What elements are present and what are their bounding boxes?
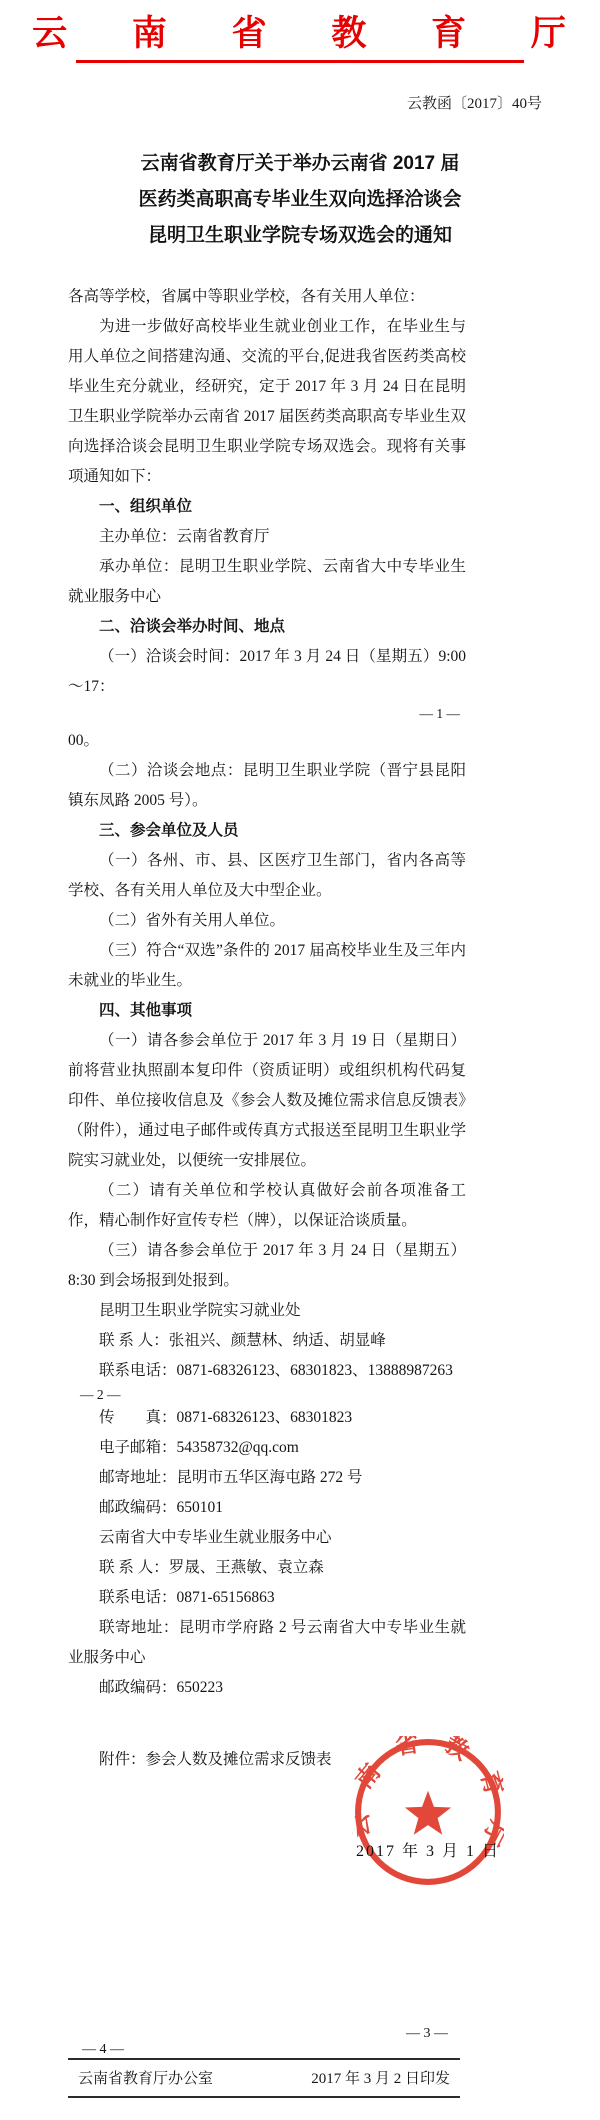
paragraph: 电子邮箱：54358732@qq.com [68,1433,466,1463]
footer-rule-bottom [68,2096,460,2098]
paragraph: （三）请各参会单位于 2017 年 3 月 24 日（星期五）8:30 到会场报… [68,1236,466,1296]
paragraph: （二）请有关单位和学校认真做好会前各项准备工作，精心制作好宣传专栏（牌），以保证… [68,1176,466,1236]
document-number: 云教函〔2017〕40号 [407,92,542,113]
paragraph: 传 真：0871-68326123、68301823 [68,1403,466,1433]
paragraph: （二）省外有关用人单位。 [68,906,466,936]
official-seal: 云南省教育厅 [352,1736,504,1888]
seal-star-icon [405,1791,451,1835]
document-title: 云南省教育厅关于举办云南省 2017 届 医药类高职高专毕业生双向选择洽谈会 昆… [68,146,532,254]
paragraph: 昆明卫生职业学院实习就业处 [68,1296,466,1326]
document-title-line-1: 云南省教育厅关于举办云南省 2017 届 [68,146,532,182]
paragraph: （一）各州、市、县、区医疗卫生部门，省内各高等学校、各有关用人单位及大中型企业。 [68,846,466,906]
paragraph: 00。 [68,726,466,756]
letterhead-red-rule [76,60,524,63]
letterhead-agency-name: 云 南 省 教 育 厅 [0,6,600,56]
paragraph: 邮寄地址：昆明市五华区海屯路 272 号 [68,1463,466,1493]
paragraph: 联系电话：0871-68326123、68301823、13888987263 [68,1356,466,1386]
body-paragraphs: 各高等学校，省属中等职业学校，各有关用人单位：为进一步做好高校毕业生就业创业工作… [68,282,466,1775]
paragraph: （一）请各参会单位于 2017 年 3 月 19 日（星期日）前将营业执照副本复… [68,1026,466,1176]
paragraph: 云南省大中专毕业生就业服务中心 [68,1523,466,1553]
document-title-line-3: 昆明卫生职业学院专场双选会的通知 [68,218,532,254]
paragraph: （二）洽谈会地点：昆明卫生职业学院（晋宁县昆阳镇东凤路 2005 号）。 [68,756,466,816]
paragraph: 三、参会单位及人员 [68,816,466,846]
paragraph: 联寄地址：昆明市学府路 2 号云南省大中专毕业生就业服务中心 [68,1613,466,1673]
official-document-page: 云 南 省 教 育 厅 云教函〔2017〕40号 云南省教育厅关于举办云南省 2… [0,0,600,2120]
paragraph: 四、其他事项 [68,996,466,1026]
paragraph: 邮政编码：650223 [68,1673,466,1703]
paragraph: 邮政编码：650101 [68,1493,466,1523]
paragraph: 承办单位：昆明卫生职业学院、云南省大中专毕业生就业服务中心 [68,552,466,612]
footer-issuer: 云南省教育厅办公室 [78,2064,213,2094]
page-marker-4: — 4 — [82,2042,124,2058]
paragraph: 联 系 人：张祖兴、颜慧林、纳适、胡显峰 [68,1326,466,1356]
paragraph: 一、组织单位 [68,492,466,522]
signature-date: 2017 年 3 月 1 日 [356,1838,500,1861]
page-marker-3: — 3 — [68,2026,448,2042]
paragraph: 二、洽谈会举办时间、地点 [68,612,466,642]
paragraph: 主办单位：云南省教育厅 [68,522,466,552]
paragraph: 联系电话：0871-65156863 [68,1583,466,1613]
paragraph: 联 系 人：罗晟、王燕敏、袁立森 [68,1553,466,1583]
page-marker: — 2 — [80,1386,466,1403]
page-marker: — 1 — [68,702,466,726]
paragraph: 各高等学校，省属中等职业学校，各有关用人单位： [68,282,466,312]
paragraph: （一）洽谈会时间：2017 年 3 月 24 日（星期五）9:00～17： [68,642,466,702]
paragraph: 为进一步做好高校毕业生就业创业工作，在毕业生与用人单位之间搭建沟通、交流的平台,… [68,312,466,492]
paragraph: （三）符合“双选”条件的 2017 届高校毕业生及三年内未就业的毕业生。 [68,936,466,996]
footer-rule-top [68,2058,460,2060]
footer-print-date: 2017 年 3 月 2 日印发 [311,2064,450,2094]
document-title-line-2: 医药类高职高专毕业生双向选择洽谈会 [68,182,532,218]
footer-row: 云南省教育厅办公室 2017 年 3 月 2 日印发 [68,2064,460,2094]
